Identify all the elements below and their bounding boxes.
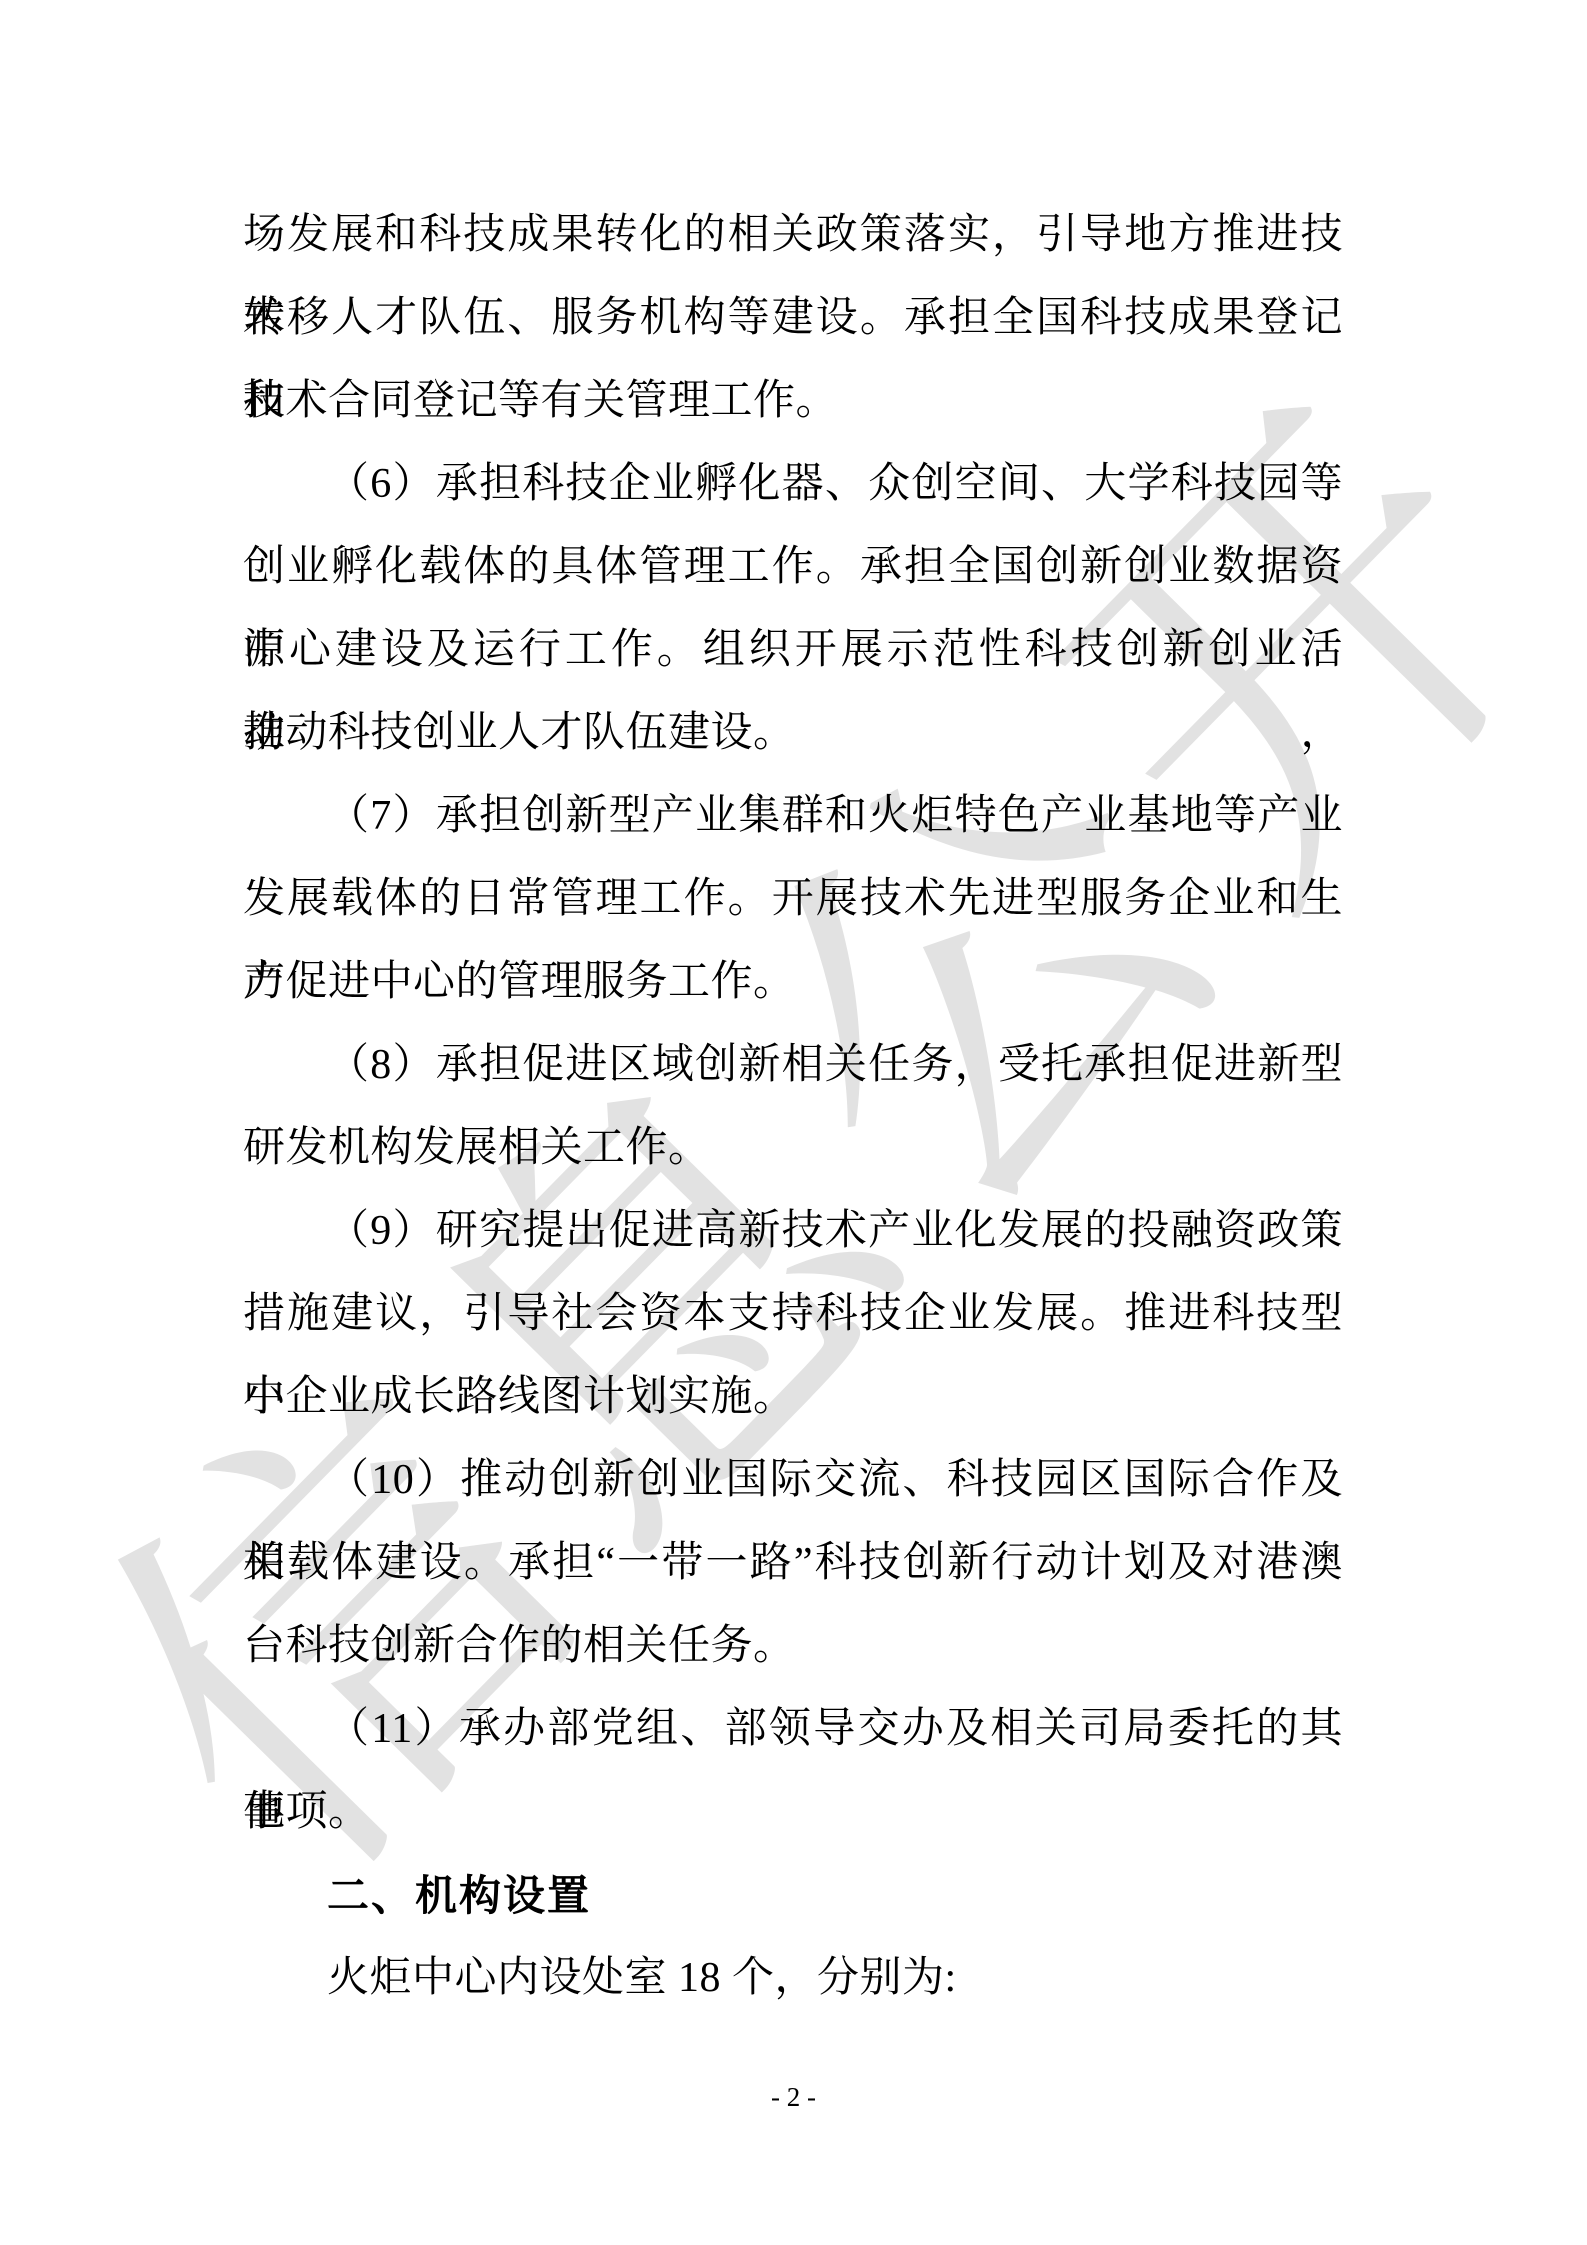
document-body: 场发展和科技成果转化的相关政策落实，引导地方推进技术转移人才队伍、服务机构等建设…	[243, 194, 1343, 2020]
text-line: （9）研究提出促进高新技术产业化发展的投融资政策	[243, 1190, 1343, 1273]
text-line: 力促进中心的管理服务工作。	[243, 941, 1343, 1024]
section-heading: 二、机构设置	[243, 1854, 1343, 1937]
text-line: 台科技创新合作的相关任务。	[243, 1605, 1343, 1688]
text-line: 关载体建设。承担“一带一路”科技创新行动计划及对港澳	[243, 1522, 1343, 1605]
text-line: （8）承担促进区域创新相关任务，受托承担促进新型	[243, 1024, 1343, 1107]
text-line: 研发机构发展相关工作。	[243, 1107, 1343, 1190]
text-line: 创业孵化载体的具体管理工作。承担全国创新创业数据资源	[243, 526, 1343, 609]
text-line: 措施建议，引导社会资本支持科技企业发展。推进科技型中	[243, 1273, 1343, 1356]
text-line: 发展载体的日常管理工作。开展技术先进型服务企业和生产	[243, 858, 1343, 941]
text-line: 事项。	[243, 1771, 1343, 1854]
document-page: 信息公开 场发展和科技成果转化的相关政策落实，引导地方推进技术转移人才队伍、服务…	[0, 0, 1587, 2245]
text-line: 技术合同登记等有关管理工作。	[243, 360, 1343, 443]
text-line: 转移人才队伍、服务机构等建设。承担全国科技成果登记和	[243, 277, 1343, 360]
text-line: （10）推动创新创业国际交流、科技园区国际合作及相	[243, 1439, 1343, 1522]
text-line: （7）承担创新型产业集群和火炬特色产业基地等产业	[243, 775, 1343, 858]
text-line: 小企业成长路线图计划实施。	[243, 1356, 1343, 1439]
text-line: （11）承办部党组、部领导交办及相关司局委托的其他	[243, 1688, 1343, 1771]
text-line: 中心建设及运行工作。组织开展示范性科技创新创业活动，	[243, 609, 1343, 692]
text-line: 火炬中心内设处室 18 个，分别为:	[243, 1937, 1343, 2020]
text-line: 场发展和科技成果转化的相关政策落实，引导地方推进技术	[243, 194, 1343, 277]
page-number: - 2 -	[0, 2082, 1587, 2112]
text-line: （6）承担科技企业孵化器、众创空间、大学科技园等	[243, 443, 1343, 526]
